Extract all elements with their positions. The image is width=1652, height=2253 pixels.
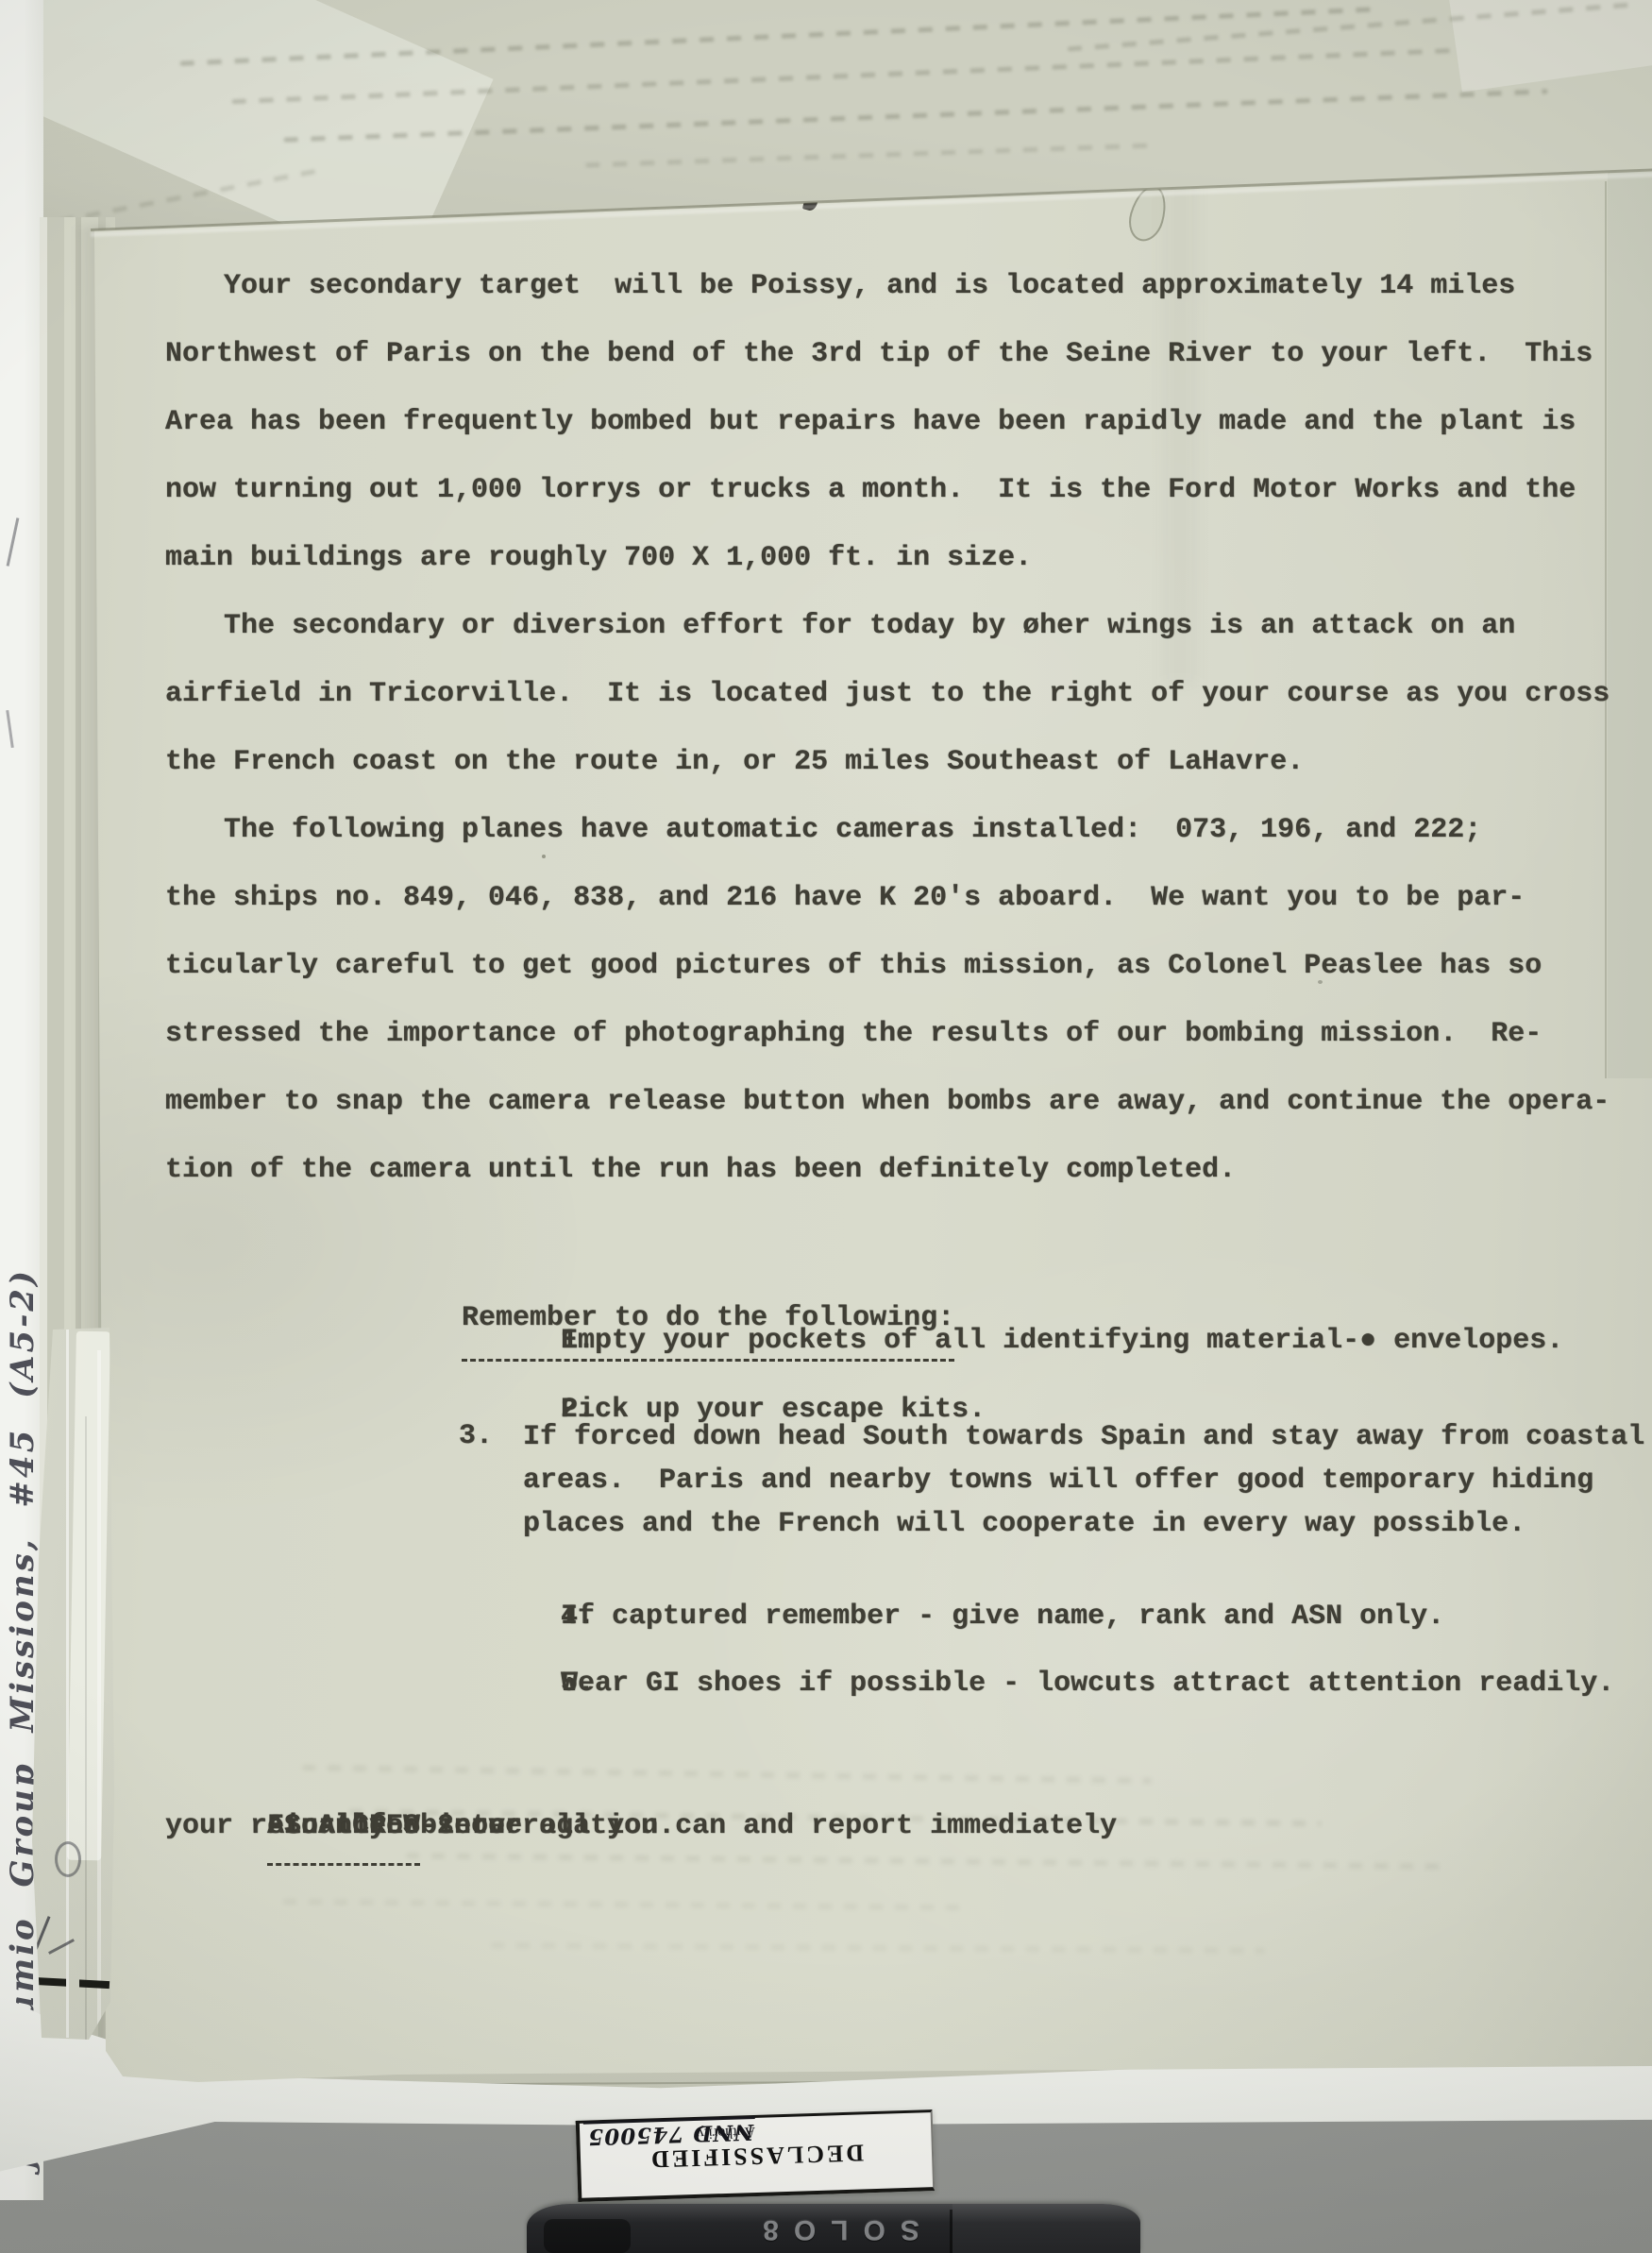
typed-line: The secondary or diversion effort for to… xyxy=(165,592,1610,660)
authority-number: NND 745005 xyxy=(583,2116,756,2148)
typed-line: Your secondary target will be Poissy, an… xyxy=(165,252,1610,320)
document-page: Your secondary target will be Poissy, an… xyxy=(0,0,1652,2253)
stapler-embossed-text: SOLO8 xyxy=(668,2211,999,2247)
list-item-text: places and the French will cooperate in … xyxy=(523,1502,1644,1546)
stapler: SOLO8 xyxy=(527,2204,1140,2253)
fold-line xyxy=(66,1330,69,2038)
typed-line: member to snap the camera release button… xyxy=(165,1068,1610,1136)
bleedthrough-line xyxy=(491,1942,1265,1954)
list-item-text: Wear GI shoes if possible - lowcuts attr… xyxy=(561,1663,1614,1704)
fold-line xyxy=(85,1416,87,2040)
fold-line xyxy=(97,1350,101,2040)
typed-line: tion of the camera until the run has bee… xyxy=(165,1136,1610,1204)
pen-stroke xyxy=(55,1841,81,1877)
scanned-document-photo: John Ramio Group Missions, #45 (A5-2) Yo… xyxy=(0,0,1652,2253)
pen-stroke xyxy=(48,1939,75,1955)
bleedthrough-line xyxy=(302,1765,1152,1784)
typed-line: ticularly careful to get good pictures o… xyxy=(165,932,1610,1000)
list-item-text: If captured remember - give name, rank a… xyxy=(561,1596,1444,1637)
typed-line: stressed the importance of photographing… xyxy=(165,1000,1610,1068)
list-heading: Remember to do the following: xyxy=(360,1216,462,1420)
list-item-text: If forced down head South towards Spain … xyxy=(523,1415,1644,1459)
bleedthrough-line xyxy=(283,1899,963,1910)
closing-line: your return for interrogation. xyxy=(165,1792,675,1860)
typed-line: airfield in Tricorville. It is located j… xyxy=(165,660,1610,728)
typed-line: main buildings are roughly 700 X 1,000 f… xyxy=(165,524,1610,592)
typed-line: Area has been frequently bombed but repa… xyxy=(165,388,1610,456)
typed-line: the ships no. 849, 046, 838, and 216 hav… xyxy=(165,864,1610,932)
typed-line: now turning out 1,000 lorrys or trucks a… xyxy=(165,456,1610,524)
inner-sheet xyxy=(67,1331,110,1861)
list-item: 5.Wear GI shoes if possible - lowcuts at… xyxy=(459,1621,561,1746)
list-item-text: areas. Paris and nearby towns will offer… xyxy=(523,1459,1644,1502)
page-edge-shade xyxy=(1608,172,1652,1078)
list-item-number: 3. xyxy=(459,1415,493,1457)
typed-line: Northwest of Paris on the bend of the 3r… xyxy=(165,320,1610,388)
bleedthrough-line xyxy=(585,144,1152,168)
stapler-inset xyxy=(544,2219,631,2253)
body-text: Your secondary target will be Poissy, an… xyxy=(165,252,1610,1204)
declassified-stamp-slip: DECLASSIFIED Authority NND 745005 xyxy=(576,2109,936,2202)
list-item: If forced down head South towards Spain … xyxy=(523,1415,1644,1546)
list-item-text: Empty your pockets of all identifying ma… xyxy=(561,1320,1563,1362)
typed-line: the French coast on the route in, or 25 … xyxy=(165,728,1610,796)
stamp-content-rotated: DECLASSIFIED Authority NND 745005 xyxy=(580,2112,933,2198)
typed-line: The following planes have automatic came… xyxy=(165,796,1610,864)
